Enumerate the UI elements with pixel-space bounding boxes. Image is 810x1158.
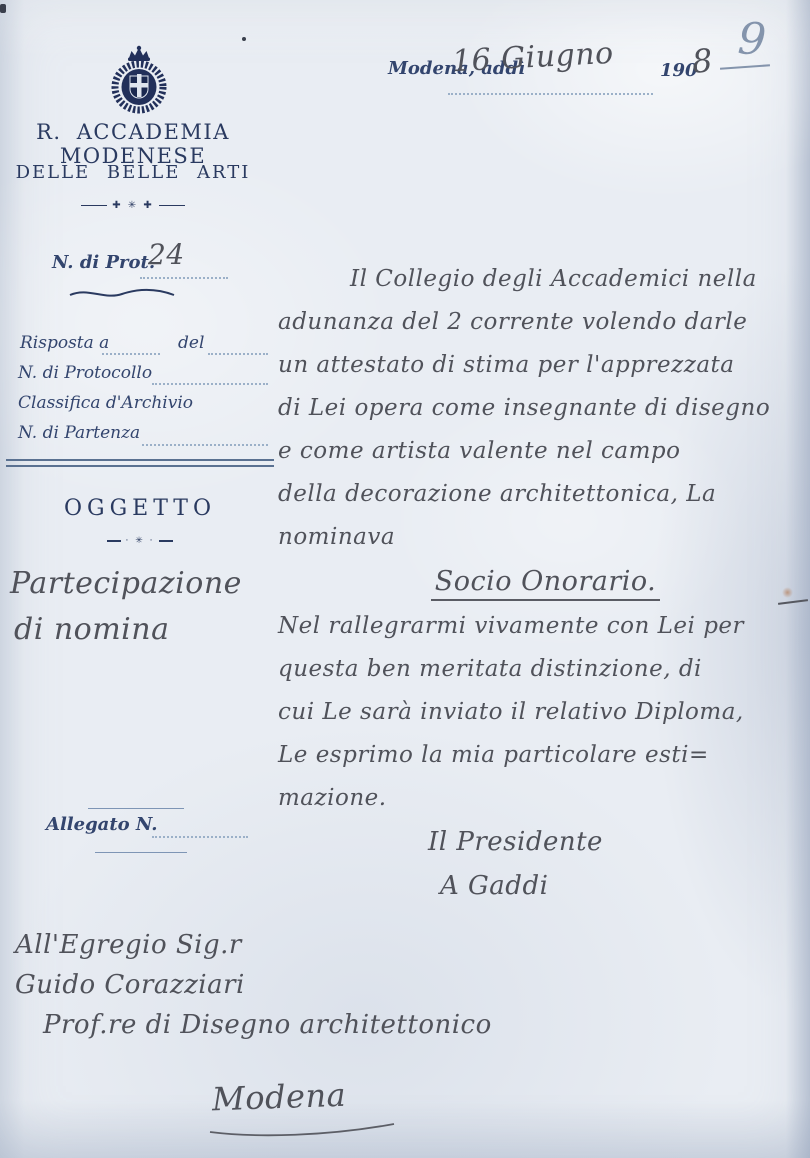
letter-line: della decorazione architettonica, La bbox=[278, 473, 810, 516]
recipient-city: Modena bbox=[211, 1076, 346, 1119]
allegato-label: Allegato N. bbox=[46, 814, 158, 835]
allegato-rule-above bbox=[88, 808, 184, 809]
scan-artifact bbox=[0, 4, 6, 13]
letter-line: e come artista valente nel campo bbox=[278, 430, 810, 473]
letter-line: nominava bbox=[278, 516, 810, 559]
letter-line: Il Collegio degli Accademici nella bbox=[278, 258, 810, 301]
del-label: del bbox=[178, 333, 204, 353]
letter-line: Nel rallegrarmi vivamente con Lei per bbox=[278, 605, 810, 648]
handwritten-date: 16 Giugno bbox=[451, 36, 614, 79]
recipient-line: All'Egregio Sig.r bbox=[15, 925, 492, 965]
scanned-letter-page: 9 R. ACCADEMIA MODENESE DELLE BELLE ARTI… bbox=[0, 0, 810, 1158]
classifica-label: Classifica d'Archivio bbox=[18, 393, 193, 413]
letter-line: di Lei opera come insegnante di disegno bbox=[278, 387, 810, 430]
oggetto-heading: OGGETTO bbox=[0, 496, 280, 521]
del-dotted-line bbox=[208, 352, 268, 355]
letter-line: questa ben meritata distinzione, di bbox=[278, 648, 810, 691]
pencil-underline bbox=[720, 64, 770, 69]
subject-handwritten-line1: Partecipazione bbox=[10, 566, 242, 601]
letterhead-divider-ornament: ✚ ✳ ✚ bbox=[2, 200, 264, 211]
allegato-dotted-line bbox=[152, 835, 248, 838]
protocollo-label: N. di Protocollo bbox=[18, 363, 152, 383]
prot-number-label: N. di Prot. bbox=[52, 252, 155, 273]
risposta-dotted-line bbox=[102, 352, 160, 355]
prot-dotted-line bbox=[140, 276, 228, 279]
academy-name: R. ACCADEMIA MODENESE bbox=[2, 120, 264, 168]
flourish-divider bbox=[66, 286, 178, 305]
city-flourish-underline bbox=[208, 1122, 398, 1142]
honor-title: Socio Onorario. bbox=[278, 559, 810, 605]
savoy-coat-of-arms-icon bbox=[110, 44, 168, 118]
risposta-label: Risposta a bbox=[20, 333, 109, 353]
scan-artifact bbox=[242, 37, 246, 41]
letter-line: un attestato di stima per l'apprezzata bbox=[278, 344, 810, 387]
recipient-block: All'Egregio Sig.r Guido Corazziari Prof.… bbox=[15, 925, 492, 1045]
recipient-line: Guido Corazziari bbox=[15, 965, 492, 1005]
double-rule-divider bbox=[6, 459, 274, 467]
signature-name: A Gaddi bbox=[278, 864, 810, 908]
date-dotted-line bbox=[448, 92, 653, 95]
letter-line: adunanza del 2 corrente volendo darle bbox=[278, 301, 810, 344]
letter-line: Le esprimo la mia particolare esti= bbox=[278, 734, 810, 777]
page-number-annotation: 9 bbox=[736, 13, 767, 66]
prot-number-value: 24 bbox=[148, 238, 185, 271]
subject-handwritten-line2: di nomina bbox=[14, 612, 169, 647]
partenza-label: N. di Partenza bbox=[18, 423, 140, 443]
letter-line: mazione. bbox=[278, 777, 810, 820]
oggetto-ornament: · ✳ · bbox=[0, 536, 280, 546]
recipient-line: Prof.re di Disegno architettonico bbox=[15, 1005, 492, 1045]
academy-subtitle: DELLE BELLE ARTI bbox=[2, 162, 264, 183]
allegato-rule-below bbox=[95, 852, 187, 853]
handwritten-year-digit: 8 bbox=[690, 41, 714, 81]
letter-line: cui Le sarà inviato il relativo Diploma, bbox=[278, 691, 810, 734]
signature-role: Il Presidente bbox=[278, 820, 810, 864]
partenza-dotted-line bbox=[142, 443, 268, 446]
protocollo-dotted-line bbox=[152, 382, 268, 385]
letter-body: Il Collegio degli Accademici nella aduna… bbox=[278, 258, 810, 908]
